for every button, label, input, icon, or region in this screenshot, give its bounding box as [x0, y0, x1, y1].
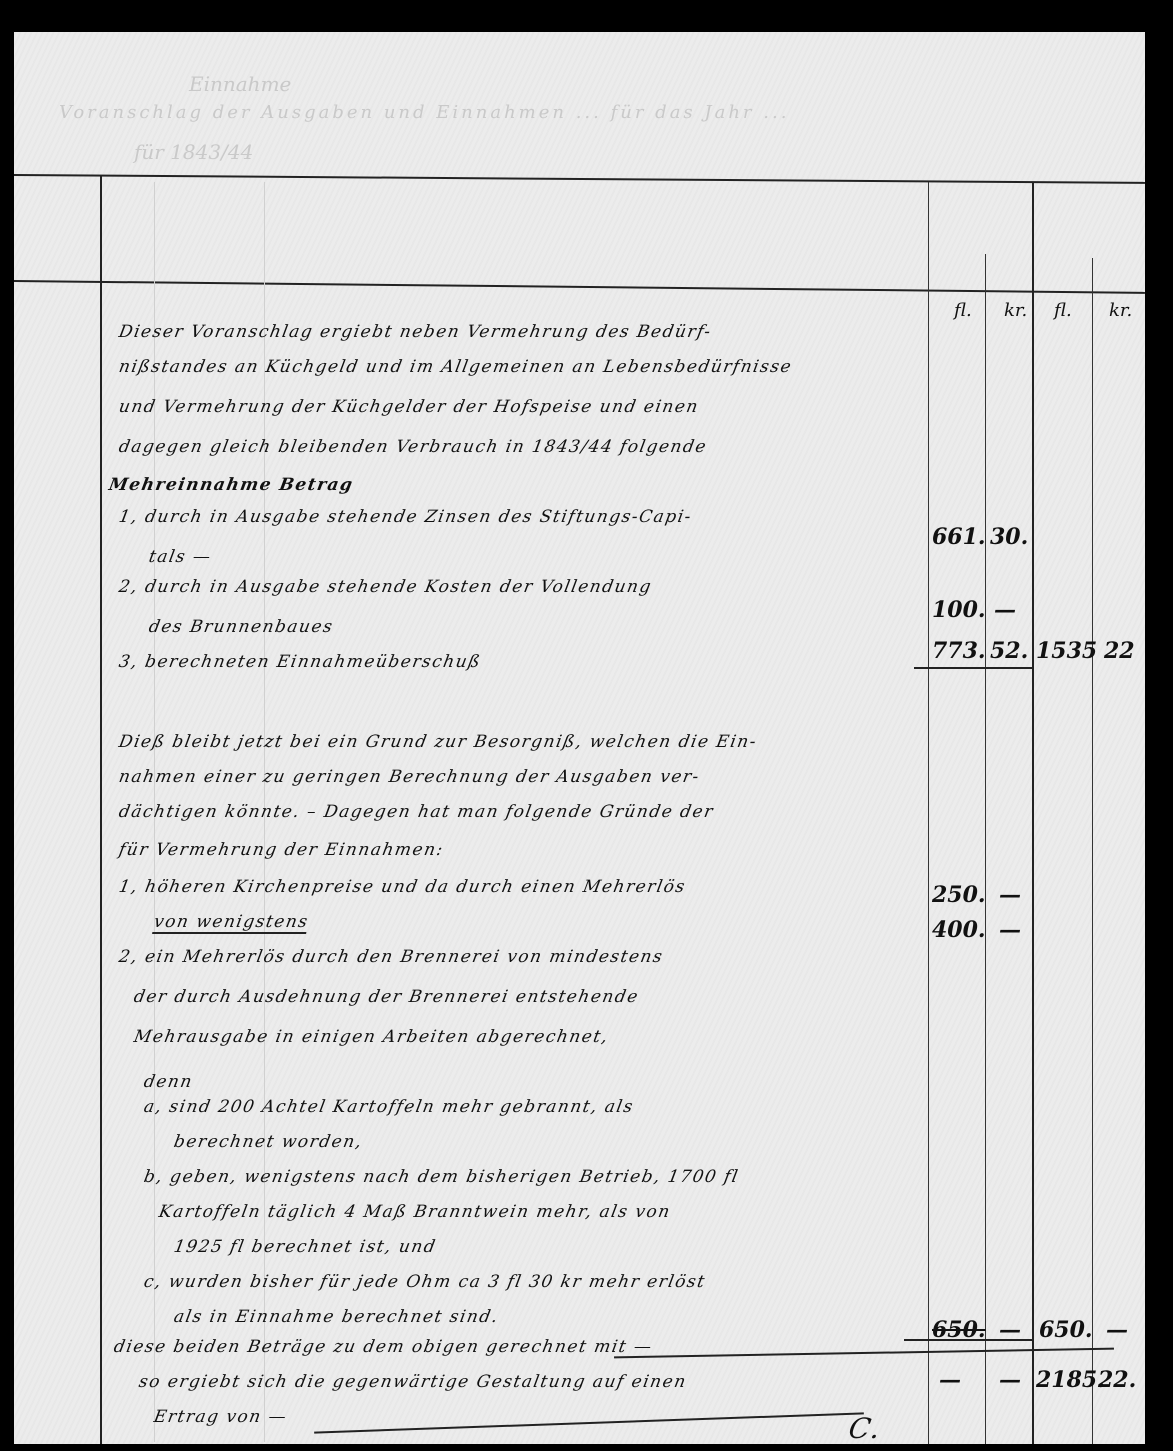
text-line: tals —: [147, 547, 213, 567]
text-line: 2, durch in Ausgabe stehende Kosten der …: [117, 577, 653, 597]
col-rule-total-kr: [1092, 258, 1093, 1444]
total-fl: 650.: [1039, 1317, 1093, 1343]
text-line: 1, höheren Kirchenpreise und da durch ei…: [117, 877, 687, 897]
text-line: und Vermehrung der Küchgelder der Hofspe…: [117, 397, 700, 417]
faded-header-line3: für 1843/44: [134, 140, 253, 164]
col-rule-total-fl: [1032, 182, 1034, 1444]
col-header-total-kr: kr.: [1109, 300, 1132, 321]
faded-header-line2: Voranschlag der Ausgaben und Einnahmen .…: [59, 102, 789, 123]
faded-header: Einnahme Voranschlag der Ausgaben und Ei…: [14, 32, 1145, 172]
amount-fl: 773.: [932, 638, 986, 664]
faded-header-line1: Einnahme: [189, 72, 291, 96]
text-line: Dieß bleibt jetzt bei ein Grund zur Beso…: [117, 732, 758, 752]
amount-kr: —: [999, 1367, 1021, 1393]
sum-rule: [904, 1339, 1034, 1341]
text-line: als in Einnahme berechnet sind.: [172, 1307, 500, 1327]
text-line: a, sind 200 Achtel Kartoffeln mehr gebra…: [142, 1097, 635, 1117]
amount-fl: 100.: [932, 597, 986, 623]
amount-kr: —: [999, 882, 1021, 908]
amount-kr: 30.: [990, 524, 1028, 550]
text-line: 2, ein Mehrerlös durch den Brennerei von…: [117, 947, 665, 967]
grand-total-fl: 2185.: [1036, 1367, 1105, 1393]
text-line: 1, durch in Ausgabe stehende Zinsen des …: [117, 507, 693, 527]
text-line: des Brunnenbaues: [147, 617, 335, 637]
header-rule-bottom: [14, 280, 1145, 294]
col-header-kr: kr.: [1004, 300, 1027, 321]
text-line: c, wurden bisher für jede Ohm ca 3 fl 30…: [142, 1272, 707, 1292]
text-line: für Vermehrung der Einnahmen:: [117, 840, 445, 860]
col-rule-kr: [985, 254, 986, 1444]
total-kr: —: [1106, 1317, 1128, 1343]
text-line: Kartoffeln täglich 4 Maß Branntwein mehr…: [157, 1202, 672, 1222]
text-line: berechnet worden,: [172, 1132, 364, 1152]
text-line: der durch Ausdehnung der Brennerei entst…: [132, 987, 640, 1007]
sum-rule: [614, 1348, 1114, 1359]
grand-total-kr: 22.: [1098, 1367, 1136, 1393]
text-line: Dieser Voranschlag ergiebt neben Vermehr…: [117, 322, 713, 342]
text-line: von wenigstens: [152, 912, 310, 934]
amount-kr: —: [994, 597, 1016, 623]
amount-fl: 250.: [932, 882, 986, 908]
total-kr: 22: [1104, 638, 1135, 664]
text-line: dächtigen könnte. – Dagegen hat man folg…: [117, 802, 715, 822]
text-line: denn: [142, 1072, 194, 1092]
text-line: nahmen einer zu geringen Berechnung der …: [117, 767, 701, 787]
text-line: so ergiebt sich die gegenwärtige Gestalt…: [137, 1372, 688, 1392]
text-line: Mehrausgabe in einigen Arbeiten abgerech…: [132, 1027, 610, 1047]
amount-kr: 52.: [990, 638, 1028, 664]
text-line: dagegen gleich bleibenden Verbrauch in 1…: [117, 437, 708, 457]
text-line: Mehreinnahme Betrag: [107, 475, 355, 495]
amount-kr: —: [999, 917, 1021, 943]
text-line: nißstandes an Küchgeld und im Allgemeine…: [117, 357, 794, 377]
text-line: diese beiden Beträge zu dem obigen gerec…: [112, 1337, 654, 1357]
text-line: 3, berechneten Einnahmeüberschuß: [117, 652, 483, 672]
col-header-fl: fl.: [954, 300, 972, 321]
total-fl: 1535: [1036, 638, 1097, 664]
text-line: Ertrag von —: [152, 1407, 289, 1427]
closing-flourish: [314, 1412, 864, 1433]
text-line: b, geben, wenigstens nach dem bisherigen…: [142, 1167, 740, 1187]
left-margin-rule: [100, 175, 102, 1444]
ledger-page: Einnahme Voranschlag der Ausgaben und Ei…: [14, 32, 1145, 1444]
amount-fl: —: [939, 1367, 961, 1393]
text-mark: C.: [846, 1412, 884, 1445]
sum-rule: [914, 667, 1034, 669]
text-line: 1925 fl berechnet ist, und: [172, 1237, 438, 1257]
amount-fl: 400.: [932, 917, 986, 943]
amount-fl: 661.: [932, 524, 986, 550]
col-rule-fl: [928, 182, 929, 1444]
header-rule-top: [14, 174, 1145, 184]
col-header-total-fl: fl.: [1054, 300, 1072, 321]
